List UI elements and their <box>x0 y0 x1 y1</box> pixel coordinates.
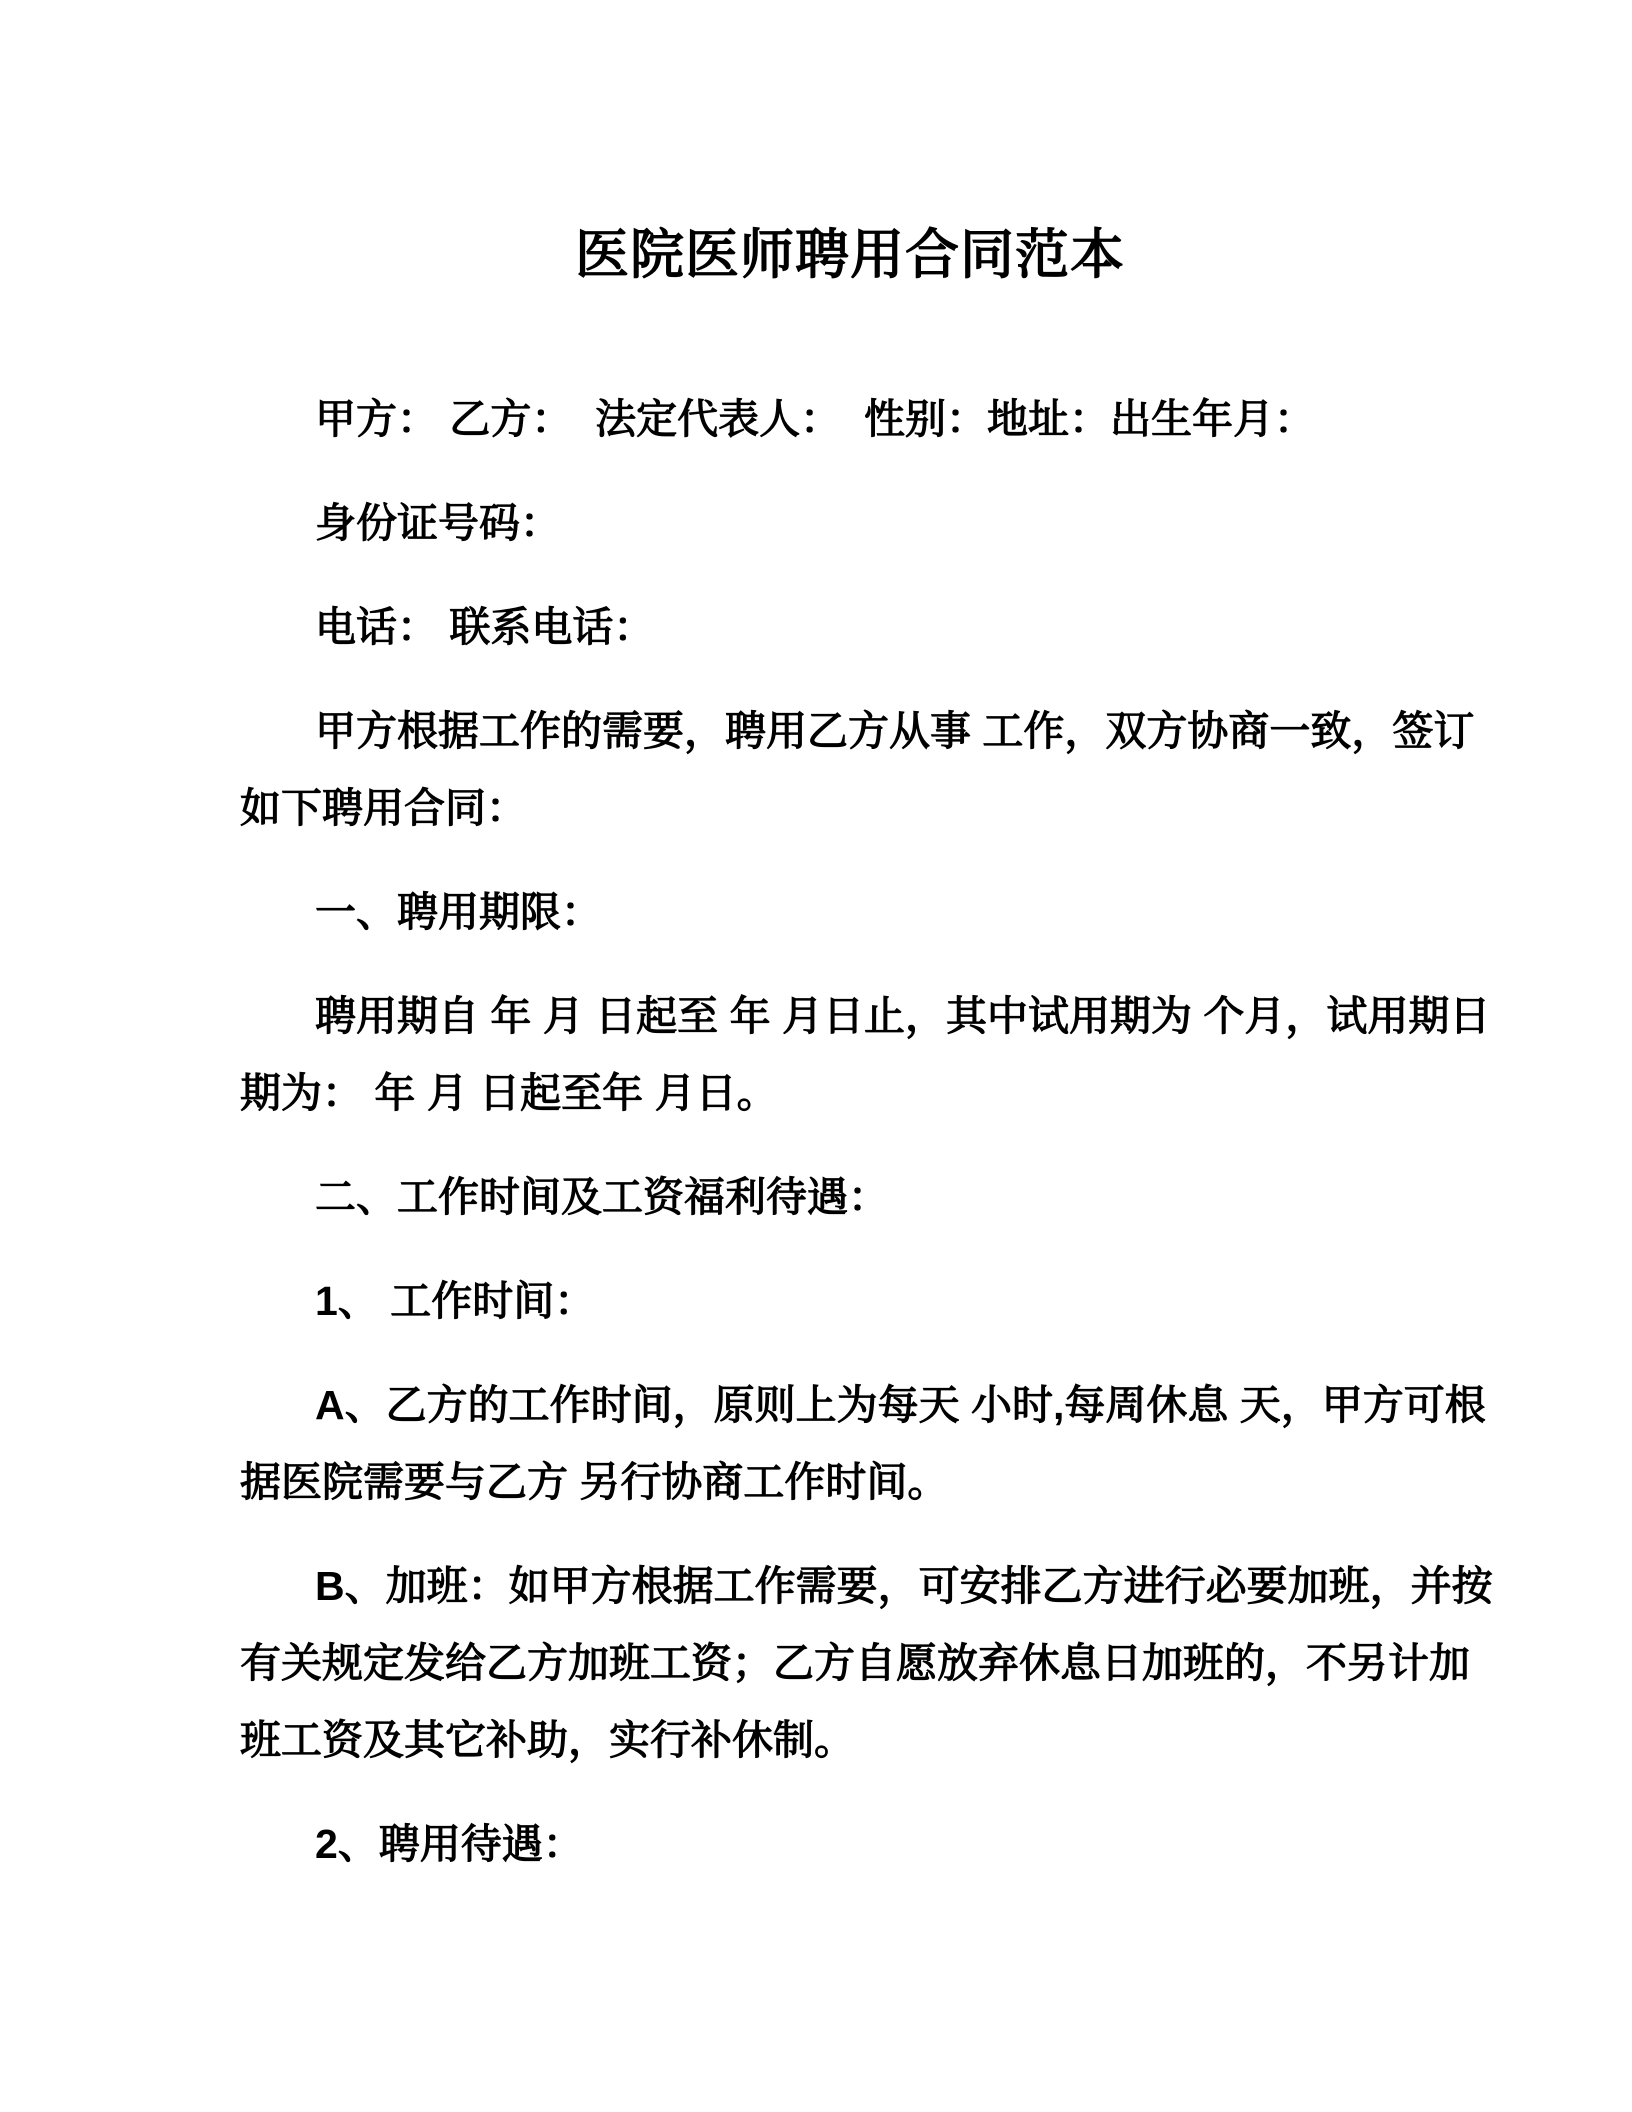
paragraph: 2、聘用待遇： <box>240 1806 1460 1883</box>
paragraph-line: 班工资及其它补助，实行补休制。 <box>240 1702 1460 1779</box>
paragraph-line: 二、工作时间及工资福利待遇： <box>240 1159 1460 1236</box>
paragraph-line: B、加班：如甲方根据工作需要，可安排乙方进行必要加班，并按 <box>240 1548 1460 1625</box>
paragraph: 甲方根据工作的需要，聘用乙方从事 工作，双方协商一致，签订如下聘用合同： <box>240 693 1460 847</box>
paragraph-line: 聘用期自 年 月 日起至 年 月日止，其中试用期为 个月，试用期日 <box>240 978 1460 1055</box>
paragraph-line: 身份证号码： <box>240 485 1460 562</box>
document-content: 医院医师聘用合同范本 甲方： 乙方： 法定代表人： 性别：地址：出生年月：身份证… <box>240 218 1460 1883</box>
paragraph: 一、聘用期限： <box>240 874 1460 951</box>
paragraph-line: 一、聘用期限： <box>240 874 1460 951</box>
paragraph-line: 甲方： 乙方： 法定代表人： 性别：地址：出生年月： <box>240 381 1460 458</box>
paragraph: 聘用期自 年 月 日起至 年 月日止，其中试用期为 个月，试用期日期为： 年 月… <box>240 978 1460 1132</box>
paragraph-line: 1、 工作时间： <box>240 1263 1460 1340</box>
document-body: 甲方： 乙方： 法定代表人： 性别：地址：出生年月：身份证号码：电话： 联系电话… <box>240 381 1460 1883</box>
document-page: 医院医师聘用合同范本 甲方： 乙方： 法定代表人： 性别：地址：出生年月：身份证… <box>0 0 1632 2112</box>
paragraph: 身份证号码： <box>240 485 1460 562</box>
paragraph-line: 据医院需要与乙方 另行协商工作时间。 <box>240 1444 1460 1521</box>
paragraph-line: 如下聘用合同： <box>240 770 1460 847</box>
paragraph: B、加班：如甲方根据工作需要，可安排乙方进行必要加班，并按有关规定发给乙方加班工… <box>240 1548 1460 1779</box>
paragraph-line: A、乙方的工作时间，原则上为每天 小时,每周休息 天，甲方可根 <box>240 1367 1460 1444</box>
document-title: 医院医师聘用合同范本 <box>240 218 1460 293</box>
paragraph-line: 2、聘用待遇： <box>240 1806 1460 1883</box>
paragraph: 二、工作时间及工资福利待遇： <box>240 1159 1460 1236</box>
paragraph-line: 甲方根据工作的需要，聘用乙方从事 工作，双方协商一致，签订 <box>240 693 1460 770</box>
paragraph: 甲方： 乙方： 法定代表人： 性别：地址：出生年月： <box>240 381 1460 458</box>
paragraph: 电话： 联系电话： <box>240 589 1460 666</box>
paragraph-line: 期为： 年 月 日起至年 月日。 <box>240 1055 1460 1132</box>
paragraph: A、乙方的工作时间，原则上为每天 小时,每周休息 天，甲方可根据医院需要与乙方 … <box>240 1367 1460 1521</box>
paragraph-line: 电话： 联系电话： <box>240 589 1460 666</box>
paragraph-line: 有关规定发给乙方加班工资；乙方自愿放弃休息日加班的，不另计加 <box>240 1625 1460 1702</box>
paragraph: 1、 工作时间： <box>240 1263 1460 1340</box>
